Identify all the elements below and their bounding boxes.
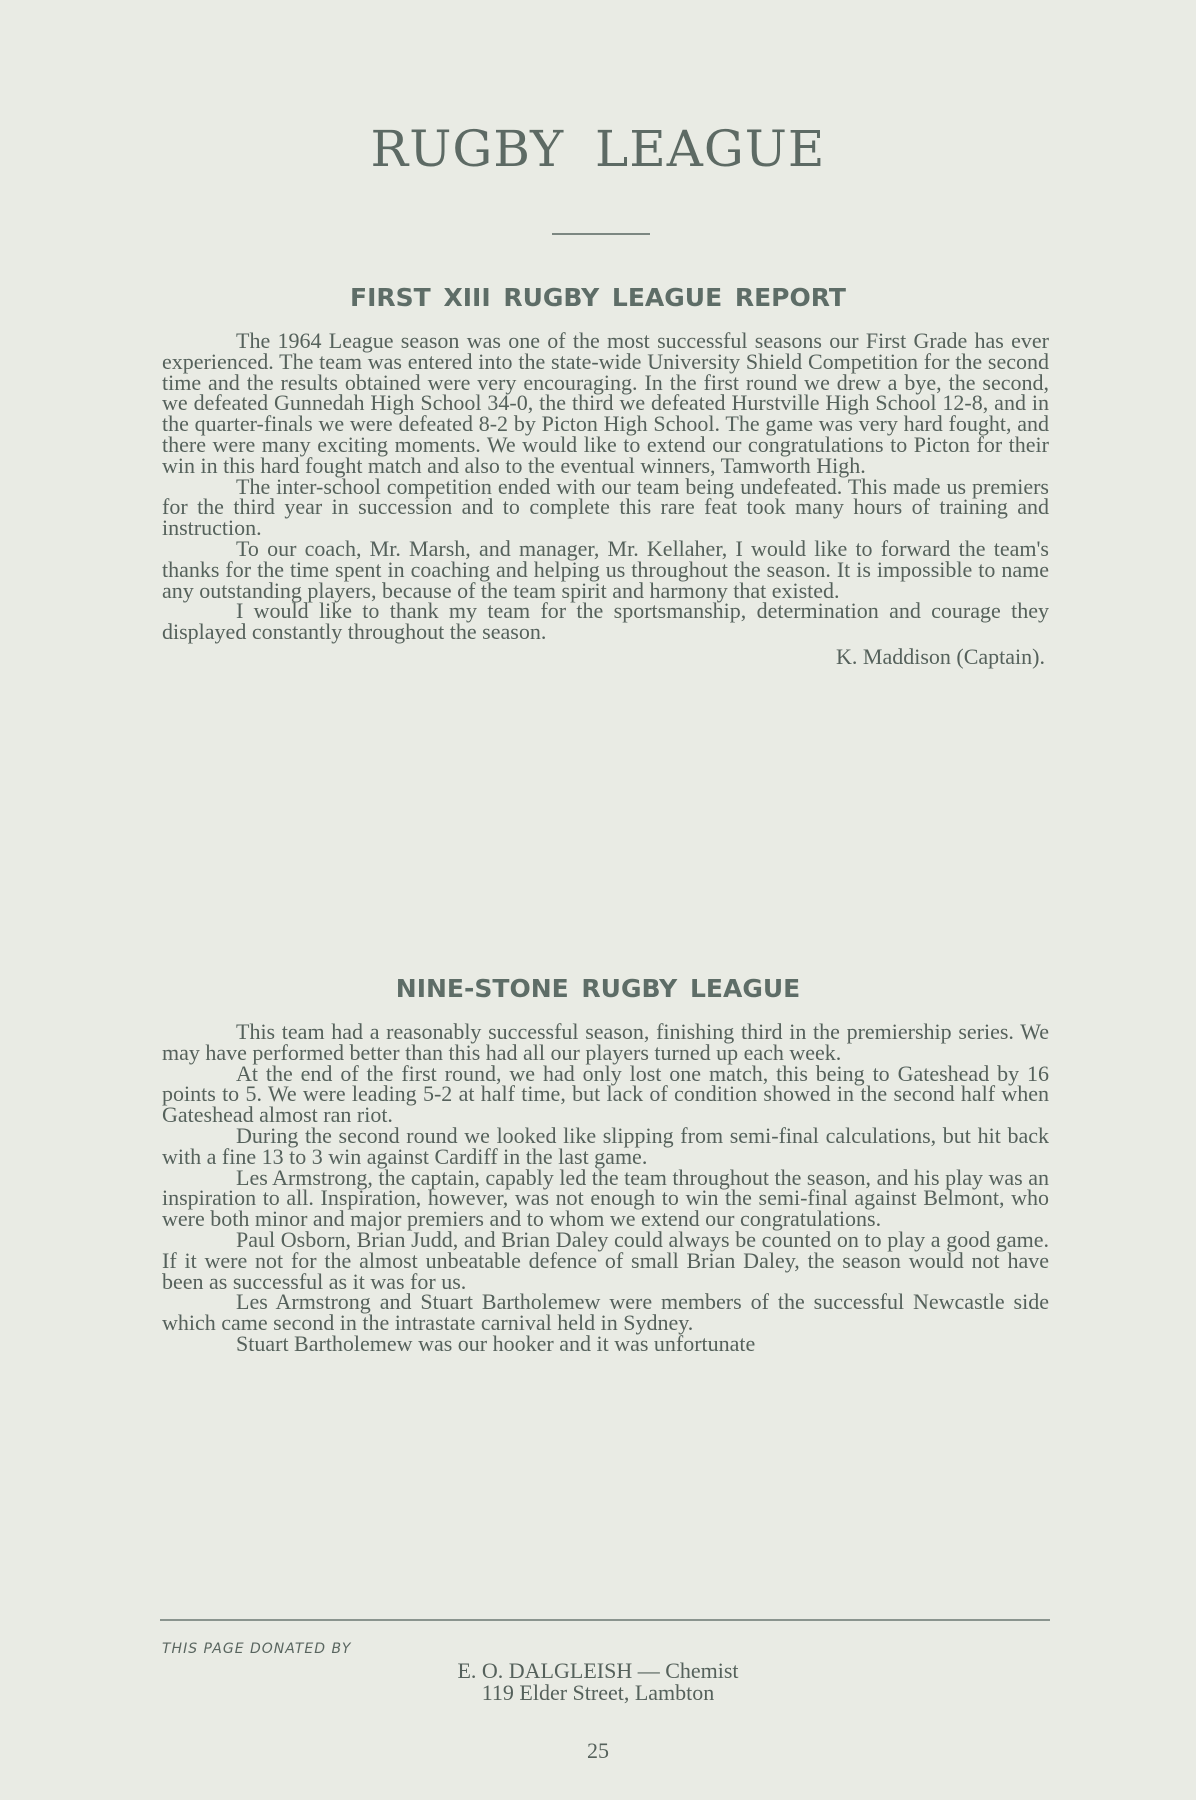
section-heading-nine-stone: NINE-STONE RUGBY LEAGUE xyxy=(0,974,1196,1003)
paragraph: Les Armstrong and Stuart Bartholemew wer… xyxy=(162,1292,1049,1334)
section-heading-first-xiii: FIRST XIII RUGBY LEAGUE REPORT xyxy=(0,283,1196,312)
paragraph: The inter-school competition ended with … xyxy=(162,477,1049,539)
paragraph: To our coach, Mr. Marsh, and manager, Mr… xyxy=(162,539,1049,601)
donated-label: THIS PAGE DONATED BY xyxy=(162,1641,351,1657)
section-body-nine-stone: This team had a reasonably successful se… xyxy=(162,1022,1049,1355)
donor-address: 119 Elder Street, Lambton xyxy=(0,1682,1196,1704)
paragraph: Stuart Bartholemew was our hooker and it… xyxy=(162,1334,1049,1355)
footer-divider xyxy=(160,1619,1050,1621)
paragraph: The 1964 League season was one of the mo… xyxy=(162,331,1049,477)
donor-name: E. O. DALGLEISH — Chemist xyxy=(0,1660,1196,1682)
donor-block: E. O. DALGLEISH — Chemist 119 Elder Stre… xyxy=(0,1660,1196,1704)
paragraph: This team had a reasonably successful se… xyxy=(162,1022,1049,1064)
paragraph: Les Armstrong, the captain, capably led … xyxy=(162,1168,1049,1230)
paragraph: I would like to thank my team for the sp… xyxy=(162,601,1049,643)
signature: K. Maddison (Captain). xyxy=(162,647,1049,668)
paragraph: Paul Osborn, Brian Judd, and Brian Daley… xyxy=(162,1230,1049,1292)
page-title: RUGBY LEAGUE xyxy=(0,120,1196,178)
section-body-first-xiii: The 1964 League season was one of the mo… xyxy=(162,331,1049,668)
paragraph: During the second round we looked like s… xyxy=(162,1126,1049,1168)
page-number: 25 xyxy=(0,1738,1196,1764)
paragraph: At the end of the first round, we had on… xyxy=(162,1064,1049,1126)
title-divider xyxy=(552,233,650,235)
